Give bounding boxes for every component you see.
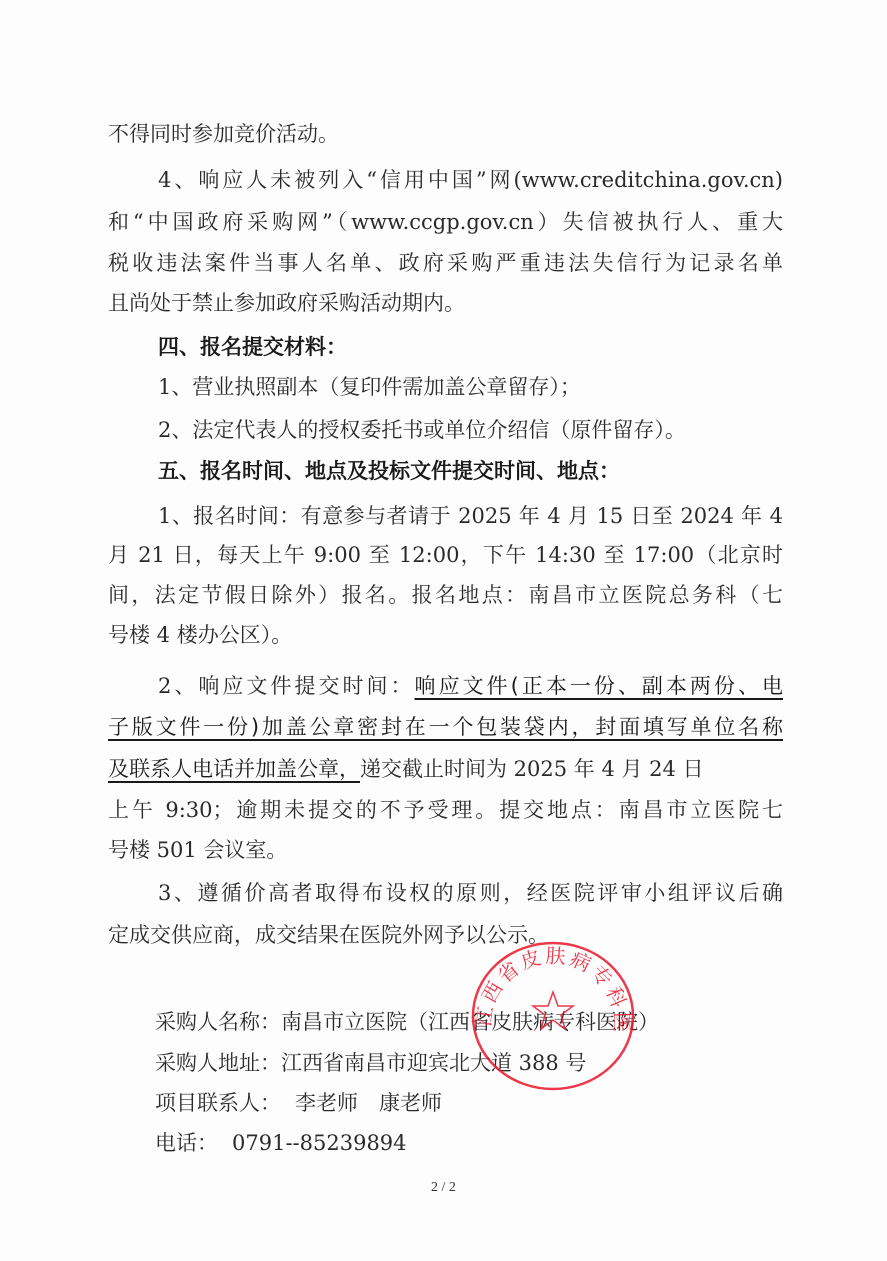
paragraph-line: 月 21 日，每天上午 9:00 至 12:00，下午 14:30 至 17:0…: [108, 540, 783, 570]
section-heading-4: 四、报名提交材料：: [158, 332, 783, 362]
buyer-address: 江西省南昌市迎宾北大道 388 号: [281, 1051, 586, 1075]
contacts: 李老师 康老师: [295, 1091, 442, 1115]
paragraph-line: 号楼 4 楼办公区）。: [108, 620, 783, 650]
buyer-address-label: 采购人地址：: [155, 1051, 281, 1075]
paragraph-line: 和“中国政府采购网”（www.ccgp.gov.cn）失信被执行人、重大: [108, 207, 783, 237]
paragraph-line: 间，法定节假日除外）报名。报名地点：南昌市立医院总务科（七: [108, 580, 783, 610]
paragraph-line: 上午 9:30；逾期未提交的不予受理。提交地点：南昌市立医院七: [108, 795, 783, 825]
contact-row: 项目联系人：李老师 康老师: [155, 1088, 442, 1118]
paragraph-line: 2、响应文件提交时间：响应文件(正本一份、副本两份、电: [158, 671, 783, 701]
paragraph-line: 4、响应人未被列入“信用中国”网(www.creditchina.gov.cn): [158, 165, 783, 195]
underlined-text: 及联系人电话并加盖公章，: [108, 757, 360, 781]
document-page: 不得同时参加竞价活动。 4、响应人未被列入“信用中国”网(www.creditc…: [0, 0, 887, 1261]
paragraph-line: 1、报名时间：有意参与者请于 2025 年 4 月 15 日至 2024 年 4: [158, 501, 783, 531]
paragraph-line: 税收违法案件当事人名单、政府采购严重违法失信行为记录名单: [108, 248, 783, 278]
paragraph-line: 定成交供应商，成交结果在医院外网予以公示。: [108, 920, 783, 950]
underlined-text: 响应文件(正本一份、副本两份、电: [415, 674, 783, 698]
section-heading-5: 五、报名时间、地点及投标文件提交时间、地点：: [158, 456, 783, 486]
page-number: 2 / 2: [0, 1180, 887, 1196]
contact-label: 项目联系人：: [155, 1091, 281, 1115]
paragraph-line: 及联系人电话并加盖公章，递交截止时间为 2025 年 4 月 24 日: [108, 754, 783, 784]
phone: 0791--85239894: [232, 1131, 407, 1155]
underlined-line: 子版文件一份)加盖公章密封在一个包装袋内，封面填写单位名称: [108, 712, 783, 742]
phone-row: 电话：0791--85239894: [155, 1128, 407, 1158]
buyer-name-label: 采购人名称：: [155, 1010, 281, 1034]
paragraph-line: 不得同时参加竞价活动。: [108, 119, 783, 149]
paragraph-line: 号楼 501 会议室。: [108, 835, 783, 865]
plain-text: 递交截止时间为 2025 年 4 月 24 日: [360, 757, 704, 781]
phone-label: 电话：: [155, 1131, 218, 1155]
buyer-name: 南昌市立医院（江西省皮肤病专科医院）: [281, 1010, 659, 1034]
buyer-name-row: 采购人名称：南昌市立医院（江西省皮肤病专科医院）: [155, 1007, 659, 1037]
paragraph-line: 且尚处于禁止参加政府采购活动期内。: [108, 288, 783, 318]
list-item: 1、营业执照副本（复印件需加盖公章留存）；: [158, 372, 783, 402]
paragraph-line: 3、遵循价高者取得布设权的原则，经医院评审小组评议后确: [158, 878, 783, 908]
buyer-address-row: 采购人地址：江西省南昌市迎宾北大道 388 号: [155, 1048, 586, 1078]
plain-text: 2、响应文件提交时间：: [158, 674, 415, 698]
list-item: 2、法定代表人的授权委托书或单位介绍信（原件留存）。: [158, 415, 783, 445]
